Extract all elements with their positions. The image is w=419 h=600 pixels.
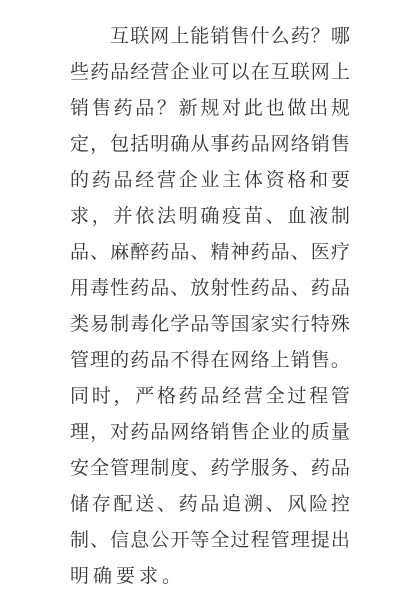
- paragraph-line: 些药品经营企业可以在互联网上: [70, 54, 350, 90]
- paragraph-line: 制、信息公开等全过程管理提出: [70, 522, 350, 558]
- paragraph-line: 销售药品？新规对此也做出规: [70, 90, 350, 126]
- paragraph-line: 的药品经营企业主体资格和要: [70, 162, 350, 198]
- paragraph-line: 品、麻醉药品、精神药品、医疗: [70, 234, 350, 270]
- paragraph-line: 储存配送、药品追溯、风险控: [70, 486, 350, 522]
- paragraph-line: 管理的药品不得在网络上销售。: [70, 342, 350, 378]
- paragraph-line: 用毒性药品、放射性药品、药品: [70, 270, 350, 306]
- paragraph-line: 同时，严格药品经营全过程管: [70, 378, 350, 414]
- paragraph-line: 安全管理制度、药学服务、药品: [70, 450, 350, 486]
- paragraph-line: 类易制毒化学品等国家实行特殊: [70, 306, 350, 342]
- paragraph-line: 求，并依法明确疫苗、血液制: [70, 198, 350, 234]
- paragraph-line: 明确要求。: [70, 558, 350, 594]
- article-body: 互联网上能销售什么药？哪些药品经营企业可以在互联网上销售药品？新规对此也做出规定…: [70, 18, 350, 594]
- paragraph-line: 互联网上能销售什么药？哪: [70, 18, 350, 54]
- paragraph-line: 定，包括明确从事药品网络销售: [70, 126, 350, 162]
- paragraph-line: 理，对药品网络销售企业的质量: [70, 414, 350, 450]
